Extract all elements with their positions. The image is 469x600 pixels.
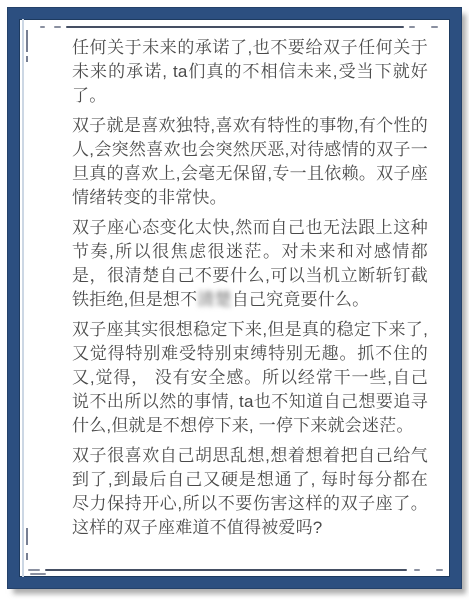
bottom-rule-dash (28, 569, 40, 571)
bottom-rule-dash (414, 569, 420, 571)
left-margin-dash (26, 30, 28, 52)
paragraph-text-after: 自己究竟要什么。 (232, 290, 370, 309)
article-text: 任何关于未来的承诺了,也不要给双子任何关于未来的承诺, ta们真的不相信未来,受… (72, 36, 428, 546)
top-rule-dash (40, 26, 45, 28)
bottom-rule-line (45, 569, 407, 571)
letter-frame: 任何关于未来的承诺了,也不要给双子任何关于未来的承诺, ta们真的不相信未来,受… (8, 8, 461, 588)
top-rule-dash (431, 26, 438, 28)
top-rule-dash (409, 26, 415, 28)
top-rule-dash (54, 26, 61, 28)
paragraph-wants-stability: 双子座其实很想稳定下来,但是真的稳定下来了,又觉得特别难受特别束缚特别无趣。抓不… (72, 318, 428, 438)
left-margin-dash (26, 56, 28, 62)
page-background: 任何关于未来的承诺了,也不要给双子任何关于未来的承诺, ta们真的不相信未来,受… (0, 0, 469, 600)
bottom-rule-dash (30, 573, 46, 575)
paragraph-overthinking: 双子很喜欢自己胡思乱想,想着想着把自己给气到了,到最后自己又硬是想通了, 每时每… (72, 444, 428, 540)
paragraph-promises: 任何关于未来的承诺了,也不要给双子任何关于未来的承诺, ta们真的不相信未来,受… (72, 36, 428, 108)
left-margin-dash (26, 553, 28, 560)
top-rule-line (66, 26, 404, 28)
paragraph-mindset-changes: 双子座心态变化太快,然而自己也无法跟上这种节奏,所以很焦虑很迷茫。对未来和对感情… (72, 216, 428, 312)
left-accent-line (22, 19, 24, 577)
paragraph-likes-unique: 双子就是喜欢独特,喜欢有特性的事物,有个性的人,会突然喜欢也会突然厌恶,对待感情… (72, 114, 428, 210)
bottom-rule-dash (436, 569, 443, 571)
censored-word: 清楚 (197, 290, 231, 309)
left-margin-dash (26, 528, 28, 545)
